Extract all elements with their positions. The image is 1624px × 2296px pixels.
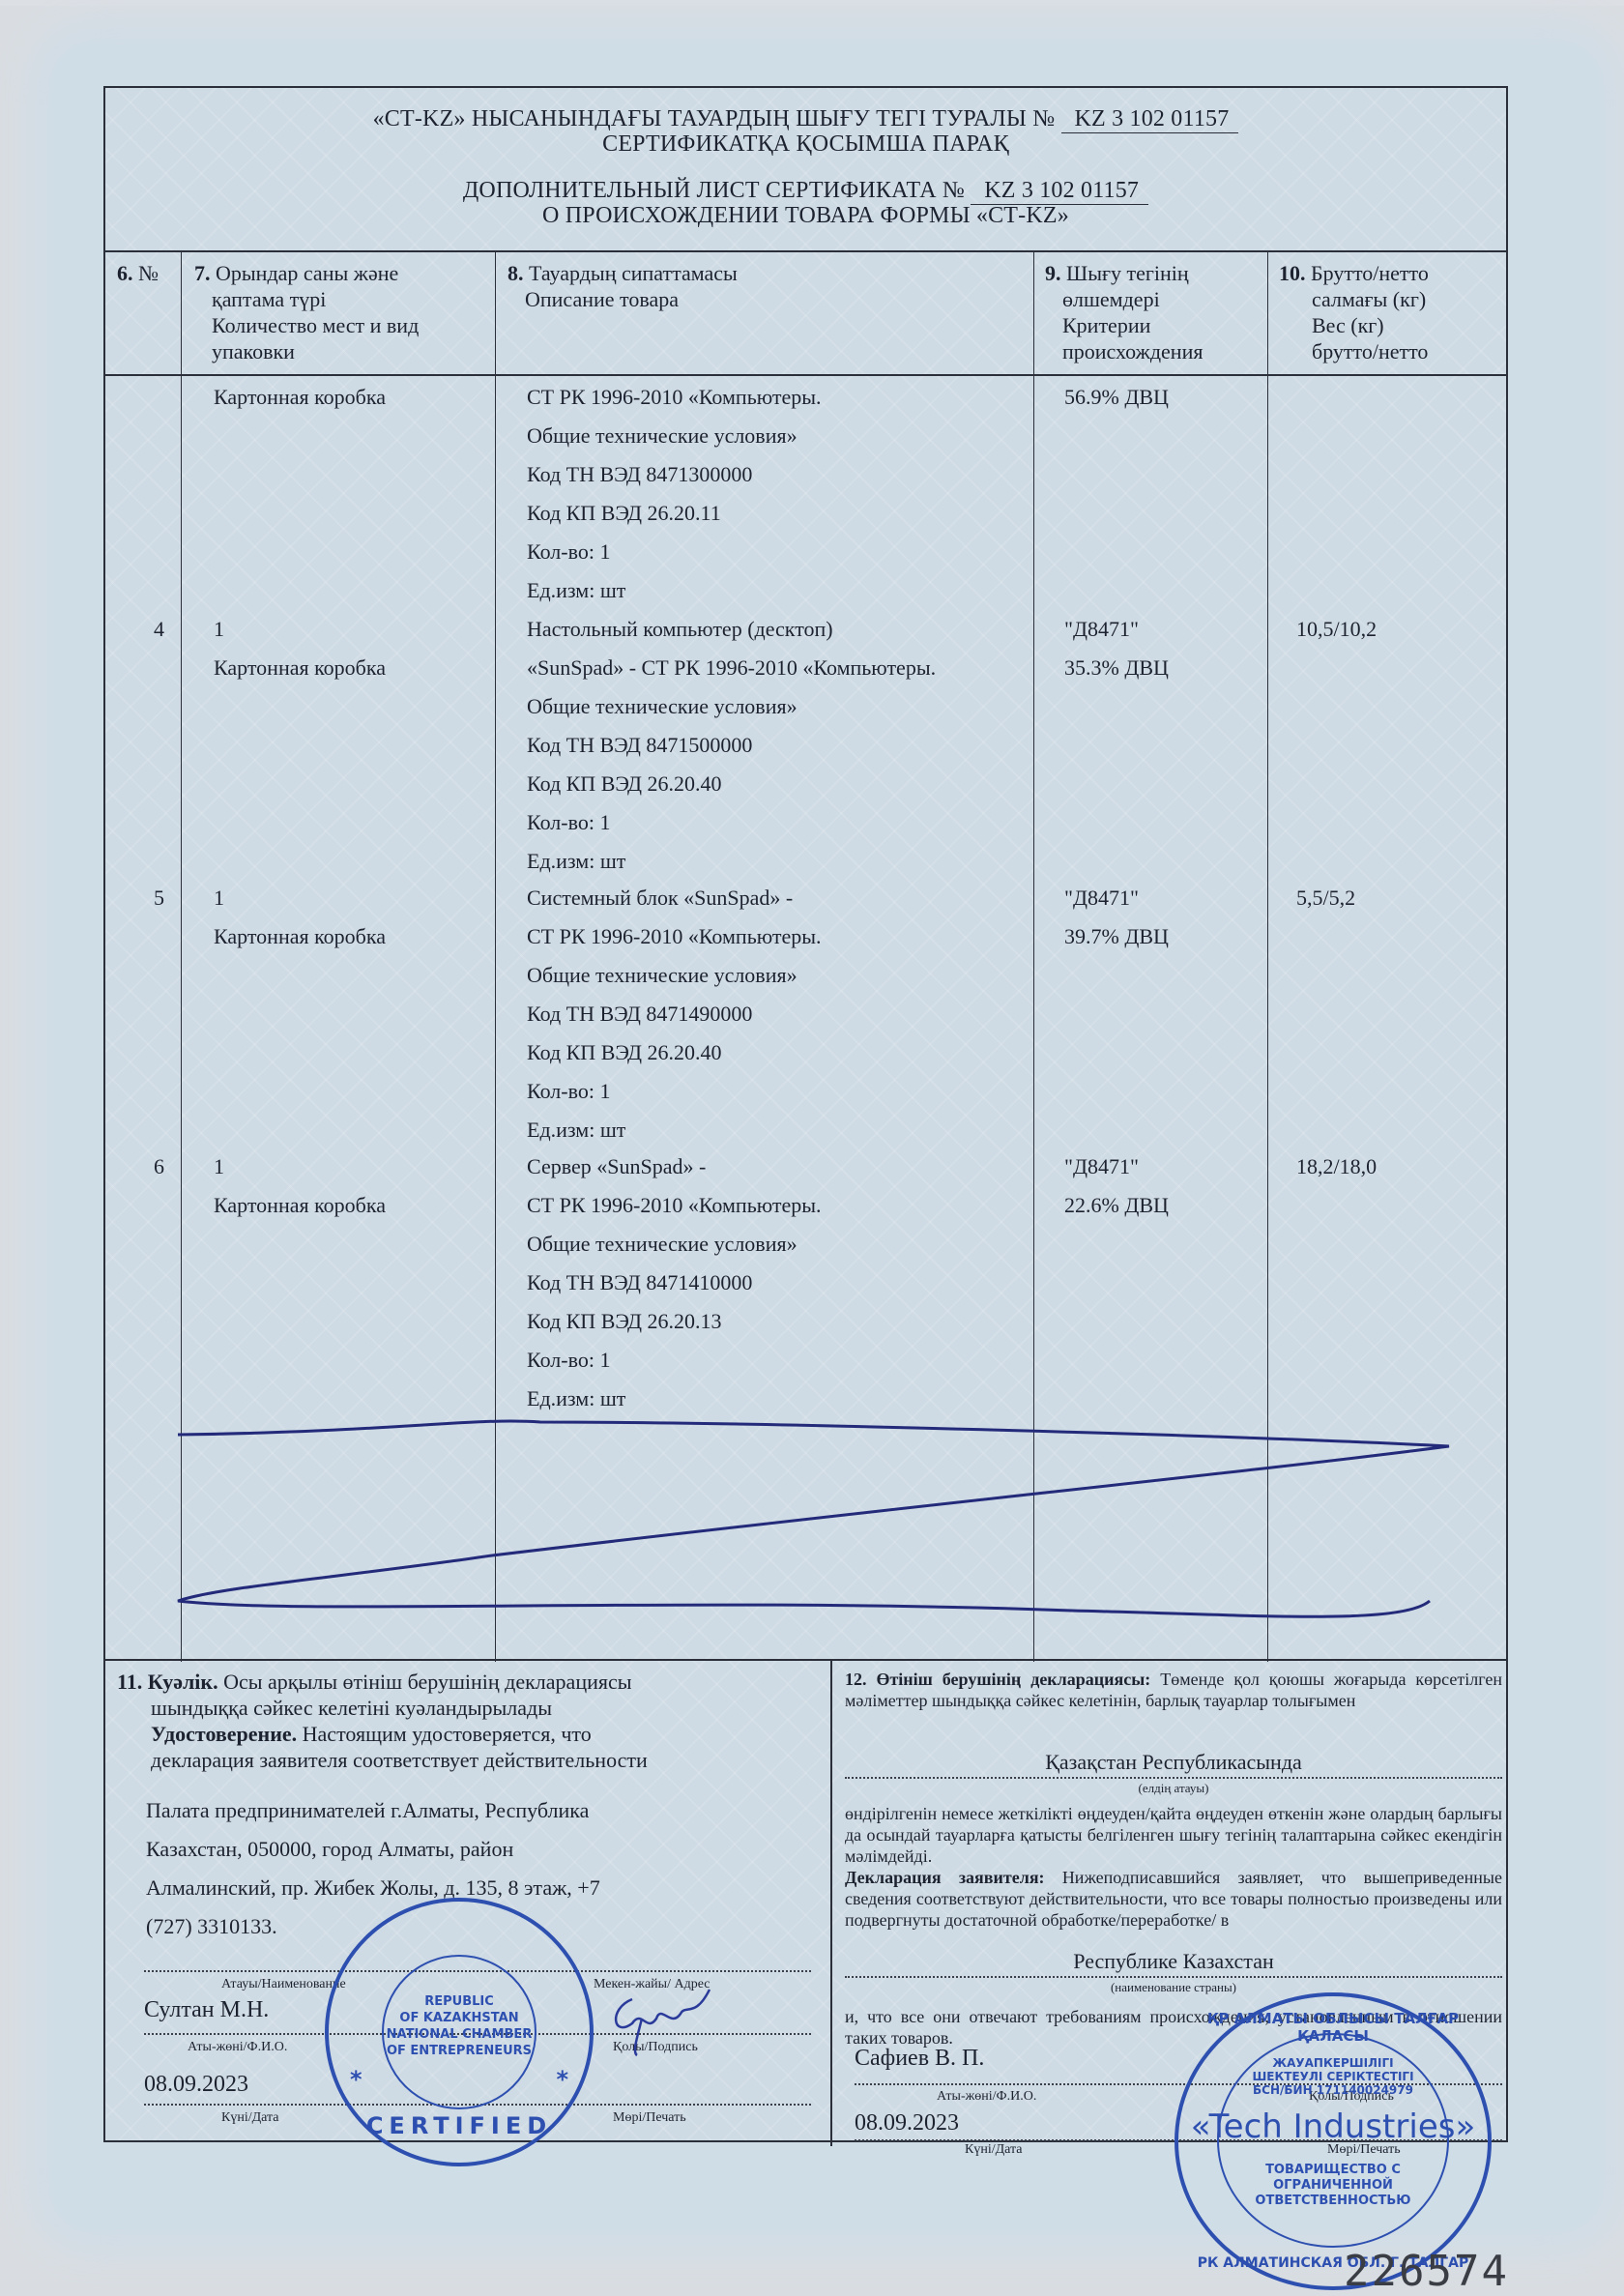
date-12: 08.09.2023 xyxy=(855,2110,959,2136)
section-divider xyxy=(830,1661,832,2146)
document-page: «СТ-KZ» НЫСАНЫНДАҒЫ ТАУАРДЫҢ ШЫҒУ ТЕГІ Т… xyxy=(0,6,1624,2296)
country-kz: Қазақстан Республикасында xyxy=(845,1750,1502,1775)
cancel-scribble-mark xyxy=(105,88,1510,1659)
section-12-declaration: 12. Өтініш берушінің декларациясы: Төмен… xyxy=(845,1669,1502,1711)
form-serial-number: 226574 xyxy=(1344,2247,1509,2296)
signer-name-11: Султан М.Н. xyxy=(144,1997,269,2023)
handwritten-signature xyxy=(603,1980,719,2057)
country-ru: Республике Казахстан xyxy=(845,1949,1502,1974)
section-11-certification: 11. Куәлік. Осы арқылы өтініш берушінің … xyxy=(117,1669,808,1773)
signer-name-12: Сафиев В. П. xyxy=(855,2046,984,2072)
company-seal-stamp: ҚР АЛМАТЫ ОБЛЫСЫ ТАЛҒАР ҚАЛАСЫ ЖАУАПКЕРШ… xyxy=(1174,1992,1492,2290)
date-11: 08.09.2023 xyxy=(144,2072,248,2098)
dotted-line xyxy=(845,1976,1502,1978)
certificate-frame: «СТ-KZ» НЫСАНЫНДАҒЫ ТАУАРДЫҢ ШЫҒУ ТЕГІ Т… xyxy=(103,86,1508,2142)
dotted-line xyxy=(845,1777,1502,1779)
chamber-certified-stamp: REPUBLIC OF KAZAKHSTAN NATIONAL CHAMBER … xyxy=(325,1898,594,2166)
